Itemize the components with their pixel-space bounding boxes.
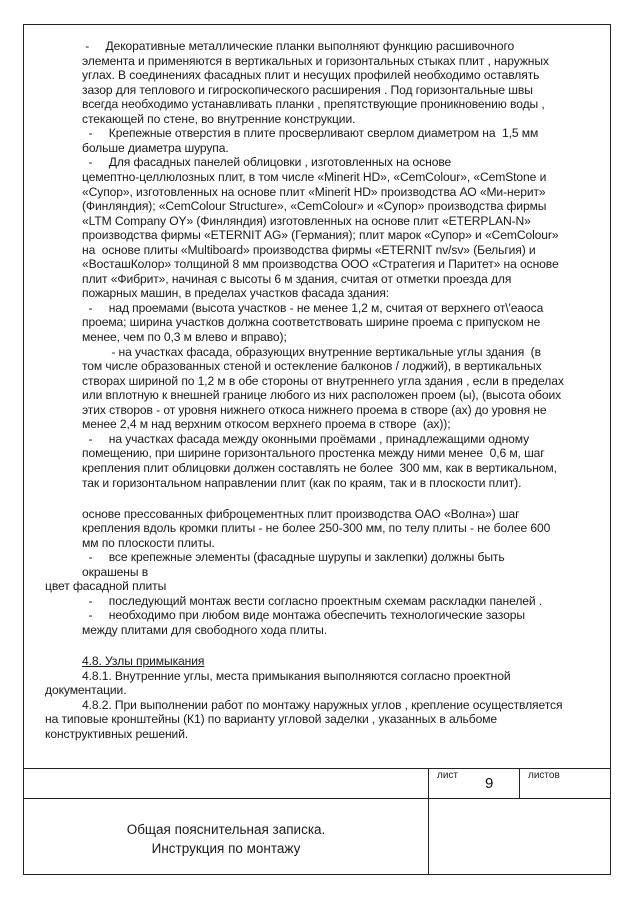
text-line: том числе образованных стеной и остеклен…	[82, 359, 542, 373]
text-line: цвет фасадной плиты	[45, 579, 166, 593]
text-line: 4.8. Узлы примыкания	[82, 654, 204, 668]
text-line: - все крепежные элементы (фасадные шуруп…	[82, 550, 505, 564]
text-line: или вплотную к внешней границе любого из…	[82, 388, 561, 402]
text-line: - последующий монтаж вести согласно прое…	[82, 594, 542, 608]
text-line: помещению, при ширине горизонтального пр…	[82, 446, 545, 460]
sheets-label: листов	[528, 770, 560, 781]
text-line: производства фирмы «ETERNIT AG» (Германи…	[82, 228, 558, 242]
title-block-top-border	[23, 768, 611, 769]
text-line: цемептно-целлюлозных плит, в том числе «…	[82, 170, 546, 184]
text-line: элемента и применяются в вертикальных и …	[82, 54, 549, 68]
text-line: (Финляндия); «CemColour Structure», «Cem…	[82, 199, 546, 213]
text-line: стекающей по стене, во внутренние констр…	[82, 112, 355, 126]
text-line: - Декоративные металлические планки выпо…	[82, 39, 514, 53]
text-line: - на участках фасада, образующих внутрен…	[82, 345, 541, 359]
document-title-line-1: Общая пояснительная записка.	[23, 820, 429, 839]
text-line: всегда необходимо устанавливать планки ,…	[82, 97, 545, 111]
text-line: 4.8.1. Внутренние углы, места примыкания…	[82, 669, 510, 683]
text-line: на основе плиты «Multiboard» производств…	[82, 243, 536, 257]
text-line: - необходимо при любом виде монтажа обес…	[82, 608, 525, 622]
sheet-number: 9	[485, 775, 493, 792]
text-line: документации.	[45, 683, 126, 697]
text-line: этих створов - от уровня нижнего откоса …	[82, 403, 547, 417]
sheet-label: лист	[437, 770, 458, 781]
text-line: больше диаметра шурупа.	[82, 141, 229, 155]
text-line: 4.8.2. При выполнении работ по монтажу н…	[82, 698, 562, 712]
text-line: «ВосташКолор» толщиной 8 мм производства…	[82, 257, 559, 271]
text-line: углах. В соединениях фасадных плит и нес…	[82, 68, 539, 82]
text-line: «LTM Company OY» (Финляндия) изготовленн…	[82, 214, 531, 228]
text-line: проема; ширина участков должна соответст…	[82, 315, 540, 329]
text-line: конструктивных решений.	[45, 727, 188, 741]
document-title-line-2: Инструкция по монтажу	[23, 839, 429, 858]
text-line: - над проемами (высота участков - не мен…	[82, 301, 543, 315]
text-line: между плитами для свободного хода плиты.	[82, 623, 327, 637]
title-block-middle-border	[23, 798, 611, 799]
text-line: менее 2,4 м над верхним откосом верхнего…	[82, 417, 450, 431]
text-line: мм по плоскости плиты.	[82, 536, 215, 550]
text-line: основе прессованных фиброцементных плит …	[82, 507, 519, 521]
text-line: - Крепежные отверстия в плите просверлив…	[82, 126, 538, 140]
text-line: - Для фасадных панелей облицовки , изгот…	[82, 155, 451, 169]
text-line: - на участках фасада между оконными проё…	[82, 432, 529, 446]
text-line: зазор для теплового и гигроскопического …	[82, 83, 533, 97]
text-line: плит «Фибрит», начиная с высоты 6 м здан…	[82, 272, 511, 286]
text-line: крепления плит облицовки должен составля…	[82, 461, 557, 475]
text-line: пожарных машин, в пределах участков фаса…	[82, 286, 389, 300]
text-line: окрашены в	[82, 565, 148, 579]
title-block-divider-2	[519, 768, 520, 799]
text-line: так и горизонтальном направлении плит (к…	[82, 476, 521, 490]
text-line: на типовые кронштейны (К1) по варианту у…	[45, 712, 497, 726]
document-title: Общая пояснительная записка. Инструкция …	[23, 820, 429, 858]
text-line: менее, чем по 0,3 м влево и вправо);	[82, 330, 287, 344]
text-line: «Супор», изготовленных на основе плит «M…	[82, 185, 546, 199]
text-line: створах шириной по 1,2 м в обе стороны о…	[82, 374, 564, 388]
text-line: крепления вдоль кромки плиты - не более …	[82, 521, 550, 535]
